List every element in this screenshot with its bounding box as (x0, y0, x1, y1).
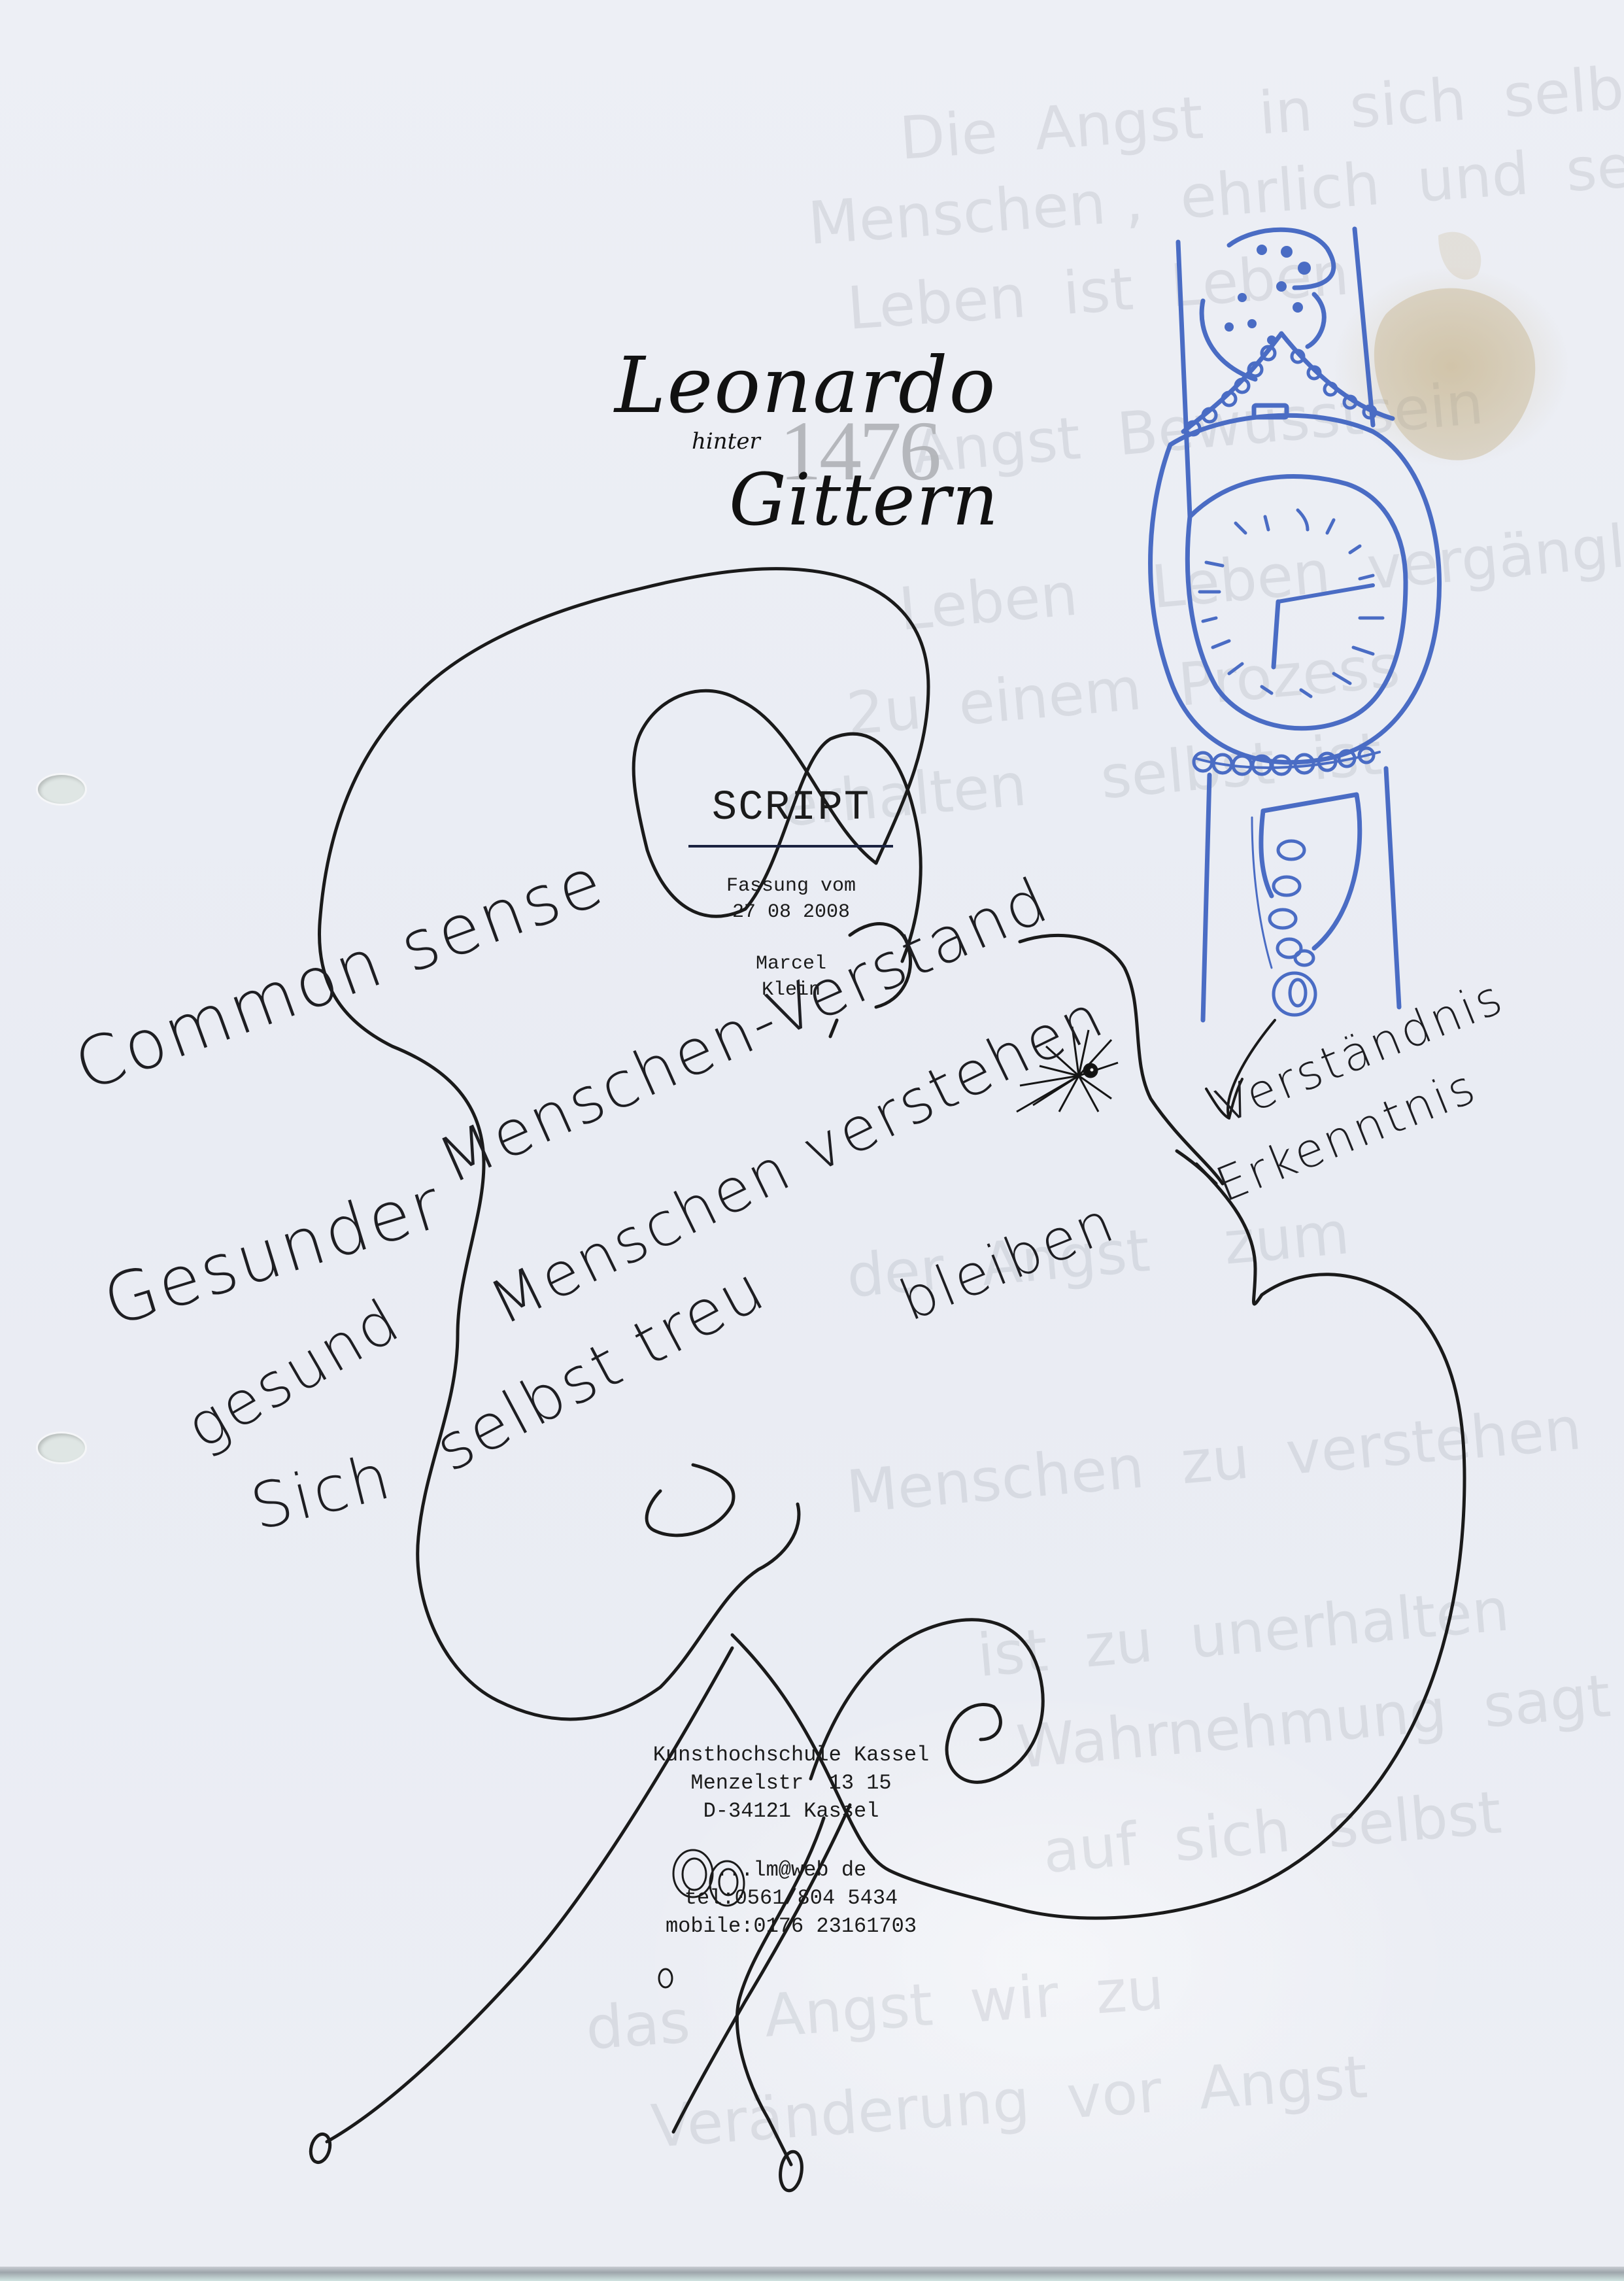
address-city: D-34121 Kassel (588, 1799, 994, 1823)
version-label: Fassung vom (693, 875, 889, 897)
address-email: ...lm@web de (588, 1858, 994, 1882)
address-institution: Kunsthochschule Kassel (588, 1743, 994, 1767)
version-date: 27 08 2008 (693, 901, 889, 923)
watch-hour-hand (1274, 602, 1278, 667)
address-street: Menzelstr 13 15 (588, 1771, 994, 1795)
script-title-underline (688, 845, 893, 848)
watch-strap-loop (1263, 795, 1360, 948)
watch-strap-left-upper (1178, 242, 1190, 517)
paper-bottom-edge (0, 2267, 1624, 2281)
watch-minute-hand (1278, 585, 1373, 602)
logo-hinter: hinter (692, 428, 760, 454)
watch-strap-holes (1270, 841, 1315, 1015)
watch-tick-marks (1200, 510, 1383, 696)
watch-buckle-dots (1225, 245, 1311, 345)
watch-case (1151, 415, 1440, 762)
script-title: SCRIPT (686, 785, 896, 832)
watch-face (1187, 476, 1406, 728)
watch-chain-right (1281, 334, 1393, 419)
logo-gittern: Gittern (729, 458, 1000, 541)
watch-buckle-top (1229, 230, 1334, 288)
watch-strap-right-upper (1355, 229, 1373, 425)
address-phone: tel:0561/804 5434 (588, 1886, 994, 1910)
address-mobile: mobile:0176 23161703 (588, 1914, 994, 1938)
watch-strap-left-lower (1203, 775, 1210, 1020)
watch-strap-right-lower (1386, 768, 1399, 1007)
